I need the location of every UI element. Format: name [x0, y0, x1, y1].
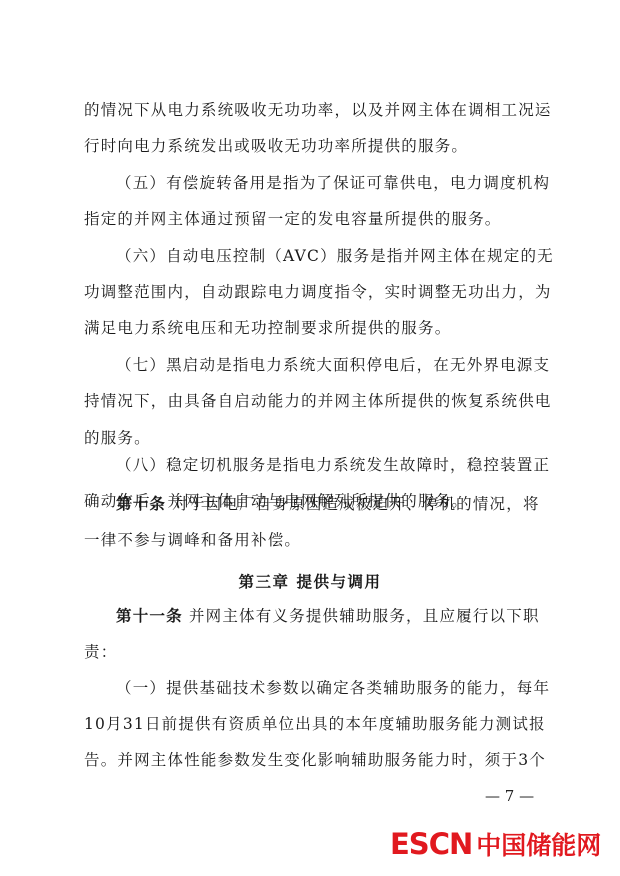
body-line: （七）黑启动是指电力系统大面积停电后，在无外界电源支	[116, 355, 582, 375]
clause-line: 10月31日前提供有资质单位出具的本年度辅助服务能力测试报	[84, 714, 550, 734]
clause-line: （一）提供基础技术参数以确定各类辅助服务的能力，每年	[116, 678, 582, 698]
body-line: 持情况下，由具备自启动能力的并网主体所提供的恢复系统供电	[84, 391, 550, 411]
body-line: 的服务。	[84, 428, 550, 448]
body-line: 行时向电力系统发出或吸收无功功率所提供的服务。	[84, 136, 550, 156]
body-line: 指定的并网主体通过预留一定的发电容量所提供的服务。	[84, 209, 550, 229]
body-line: （六）自动电压控制（AVC）服务是指并网主体在规定的无	[116, 246, 582, 266]
document-page: 的情况下从电力系统吸收无功功率，以及并网主体在调相工况运行时向电力系统发出或吸收…	[0, 0, 620, 876]
article-11-label: 第十一条	[116, 606, 183, 625]
page-number: — 7 —	[485, 787, 534, 805]
article-10-continuation: 一律不参与调峰和备用补偿。	[84, 530, 550, 550]
logo-en: ESCN	[390, 827, 472, 861]
clause-line: 告。并网主体性能参数发生变化影响辅助服务能力时，须于3个	[84, 750, 550, 770]
body-line: 满足电力系统电压和无功控制要求所提供的服务。	[84, 318, 550, 338]
article-10-label: 第十条	[116, 494, 166, 513]
article-11-text: 并网主体有义务提供辅助服务，且应履行以下职	[183, 607, 540, 625]
body-line: 的情况下从电力系统吸收无功功率，以及并网主体在调相工况运	[84, 100, 550, 120]
article-11: 第十一条 并网主体有义务提供辅助服务，且应履行以下职	[116, 606, 550, 626]
escn-watermark-logo: ESCN 中国储能网	[390, 826, 601, 862]
article-10-text: 对于因电厂自身原因造成被迫开、停机的情况，将	[166, 495, 540, 513]
article-11-continuation: 责：	[84, 642, 550, 662]
article-10: 第十条 对于因电厂自身原因造成被迫开、停机的情况，将	[116, 494, 550, 514]
body-line: 功调整范围内，自动跟踪电力调度指令，实时调整无功出力，为	[84, 282, 550, 302]
body-line: （八）稳定切机服务是指电力系统发生故障时，稳控装置正	[116, 455, 582, 475]
logo-cn: 中国储能网	[476, 826, 601, 862]
chapter-heading: 第三章 提供与调用	[0, 570, 620, 592]
body-line: （五）有偿旋转备用是指为了保证可靠供电，电力调度机构	[116, 173, 582, 193]
